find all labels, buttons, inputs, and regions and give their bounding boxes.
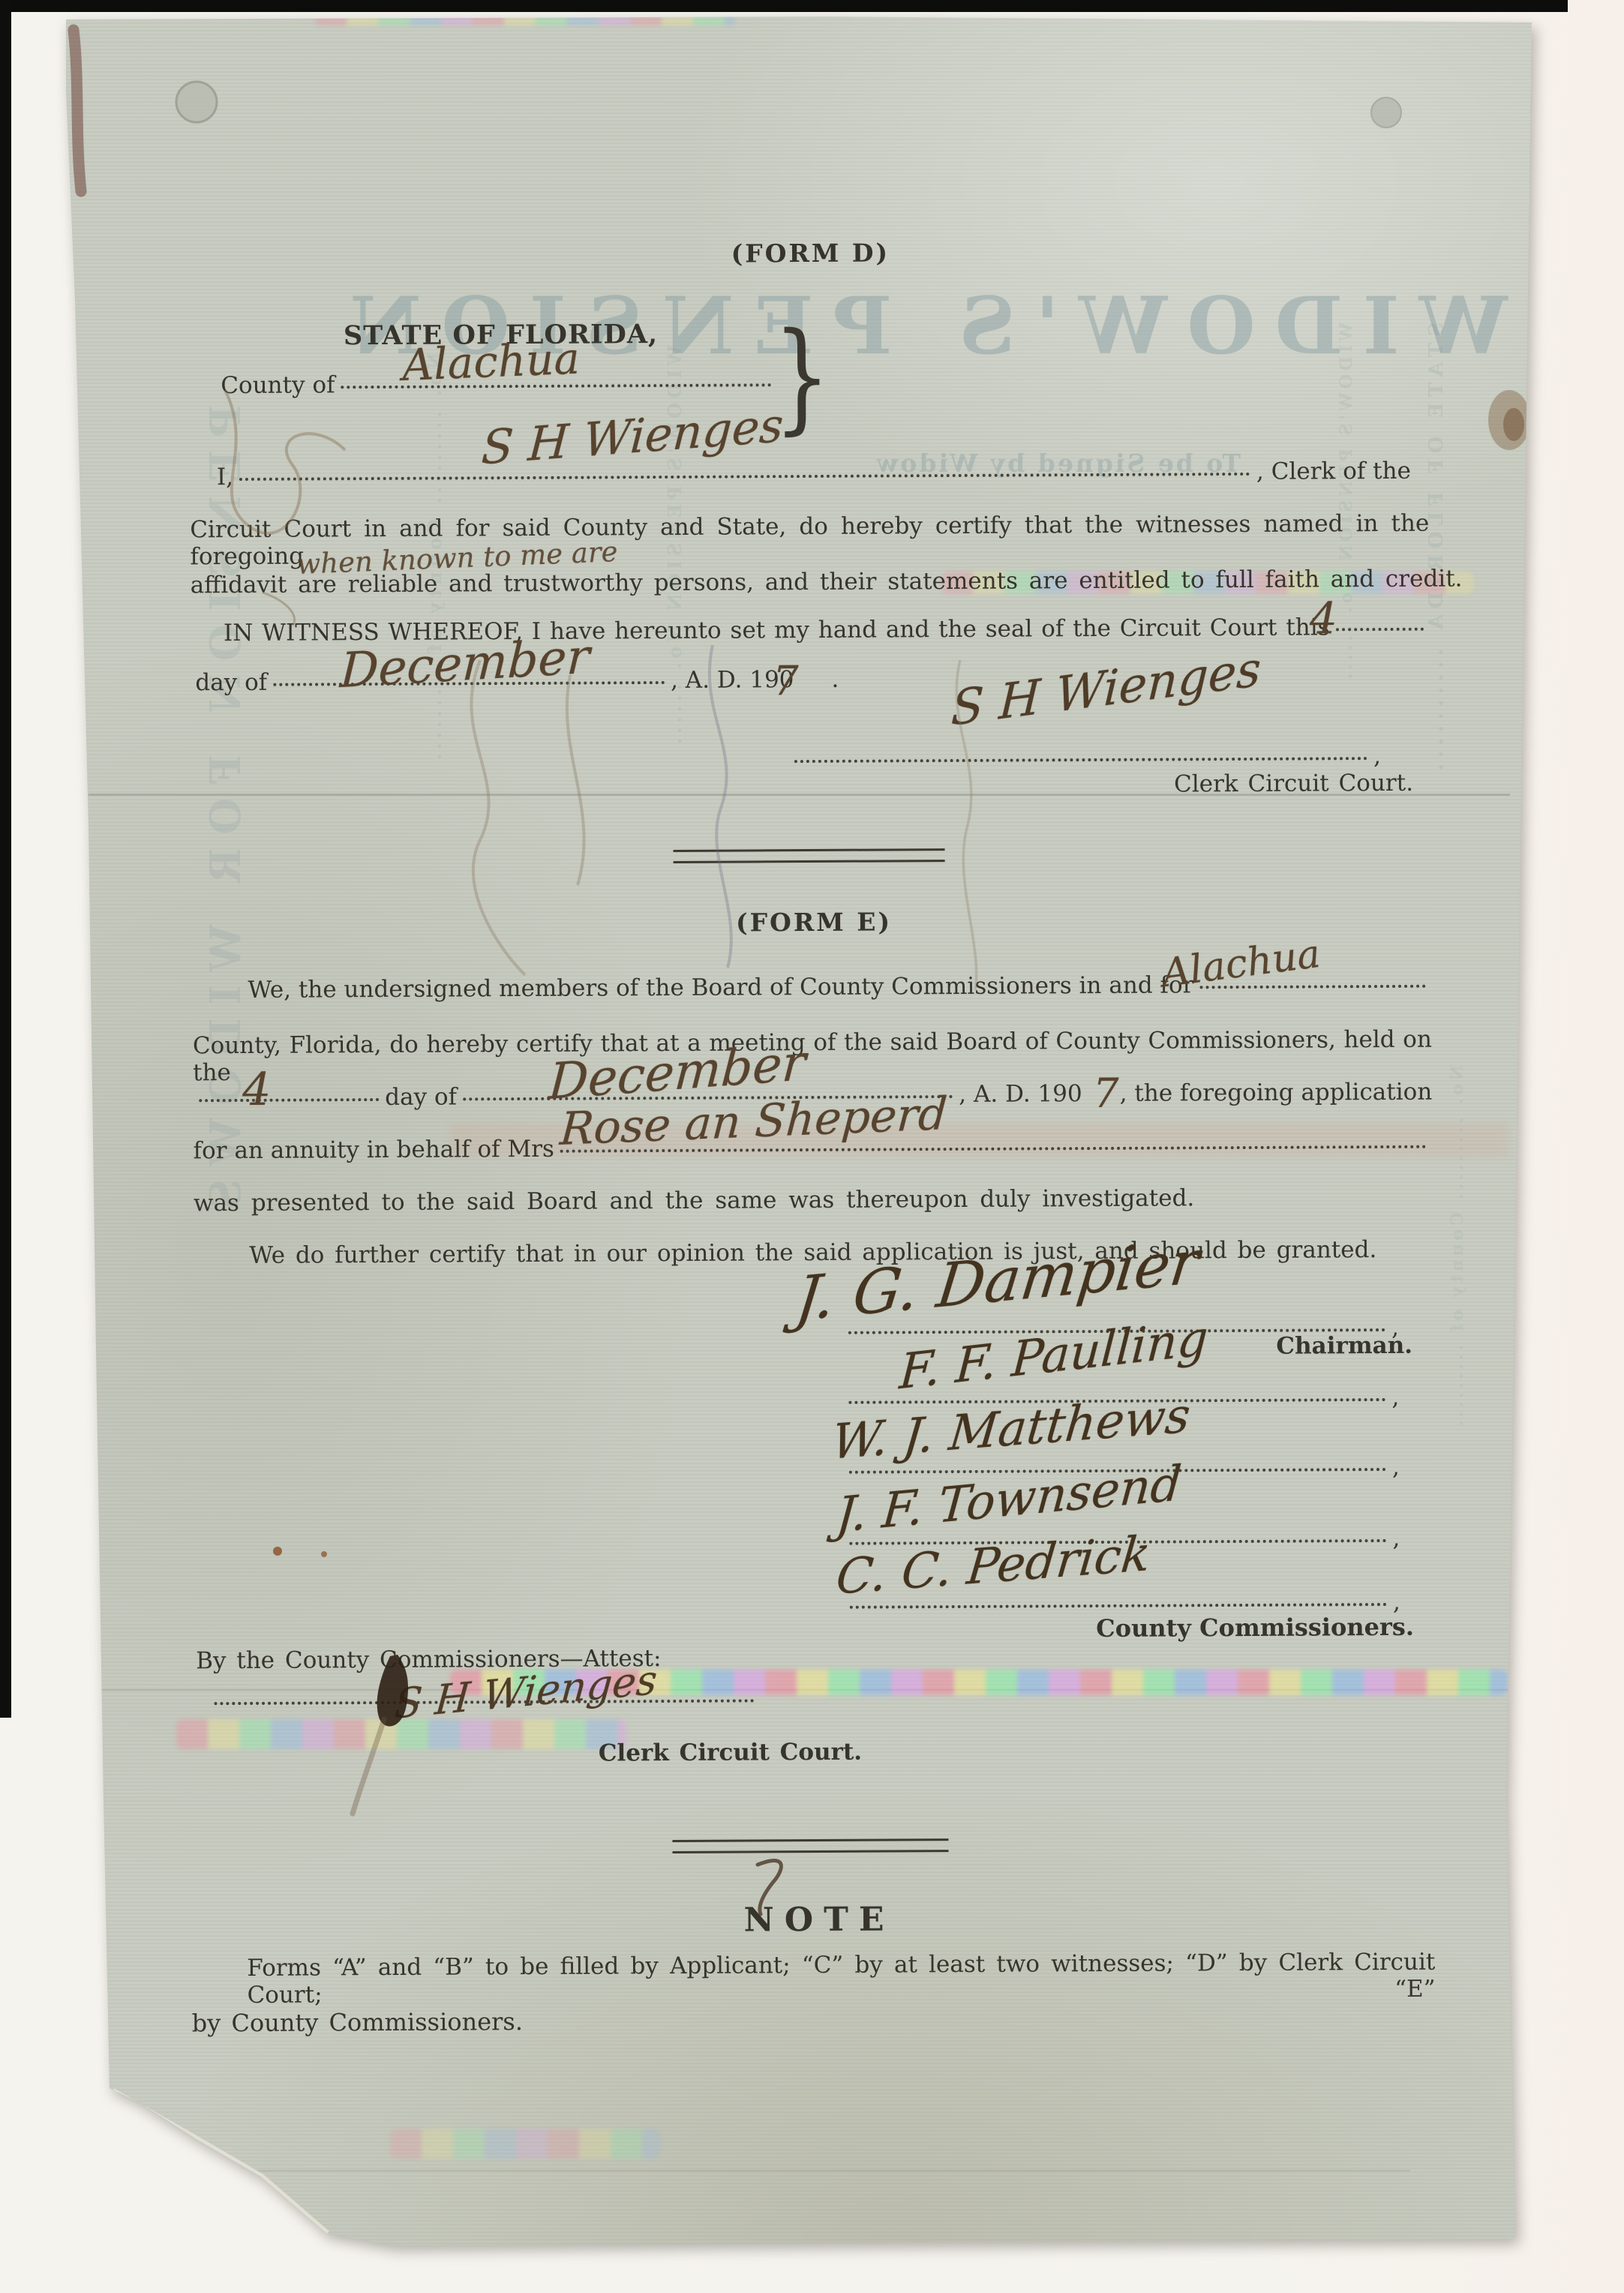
i-label: I, [217,464,233,491]
clerk-signature-d: S H Wienges [950,641,1262,737]
note-heading: NOTE [710,1900,928,1940]
note-line2: by County Commissioners. [192,2007,523,2037]
form-d-tag: (FORM D) [728,238,893,268]
day-dotted-e [199,1098,379,1102]
period-d: . [831,666,839,693]
sig-comma-2: , [1391,1384,1399,1411]
sig-comma-4: , [1392,1525,1400,1552]
section-divider-1 [674,848,945,863]
witness-day-dotted [1336,628,1424,632]
day-number-handwritten-e: 4 [242,1064,272,1116]
document-paper: WIDOW'S PENSION To be Signed by Widow PE… [0,0,1624,2293]
clerk-name-dotted-line [239,473,1250,481]
note-line1: Forms “A” and “B” to be filled by Applic… [247,1949,1435,2009]
county-label: County of [221,371,335,399]
paper-surface: WIDOW'S PENSION To be Signed by Widow PE… [0,0,1624,2293]
form-d-signature-line: , [788,743,1381,773]
form-e-tag: (FORM E) [731,907,896,937]
county-handwritten: Alachua [401,333,581,391]
form-d-line3: affidavit are reliable and trustworthy p… [191,565,1463,599]
day-of-label-e: day of [385,1083,457,1111]
form-e-line5: was presented to the said Board and the … [194,1184,1194,1217]
chairman-label: Chairman. [1082,1332,1412,1361]
commissioners-label: County Commissioners. [1075,1613,1414,1643]
day-number-handwritten-d: 4 [1310,593,1337,644]
annuitant-label: for an annuity in behalf of Mrs [194,1136,554,1165]
sig-comma-5: , [1393,1589,1400,1616]
clerk-title-d: Clerk Circuit Court. [1174,770,1413,798]
sig-dotted-5 [850,1603,1387,1609]
attest-title: Clerk Circuit Court. [599,1739,862,1767]
year-handwritten-e: 7 [1093,1070,1119,1117]
form-e-line1-text: We, the undersigned members of the Board… [248,971,1193,1004]
year-handwritten-d: 7 [773,657,799,704]
day-of-label-d: day of [195,669,267,697]
signature-comma-d: , [1373,743,1381,770]
form-d-line1: I, , Clerk of the [217,458,1411,491]
sig-comma-3: , [1392,1454,1400,1481]
signature-dotted-d [794,757,1367,763]
form-e-line2: County, Florida, do hereby certify that … [193,1026,1432,1087]
scanned-document-page: { "form_d": { "tag": "(FORM D)", "state_… [0,0,1624,2293]
margin-corner-mark: 1. [1523,1390,1552,1421]
form-e-line3-tail: , the foregoing application [1120,1079,1433,1107]
ad-label-e: , A. D. 190 [959,1080,1082,1108]
printed-content: (FORM D) STATE OF FLORIDA, County of } A… [0,0,1624,2293]
section-divider-2 [672,1838,948,1853]
clerk-suffix: , Clerk of the [1256,458,1411,485]
